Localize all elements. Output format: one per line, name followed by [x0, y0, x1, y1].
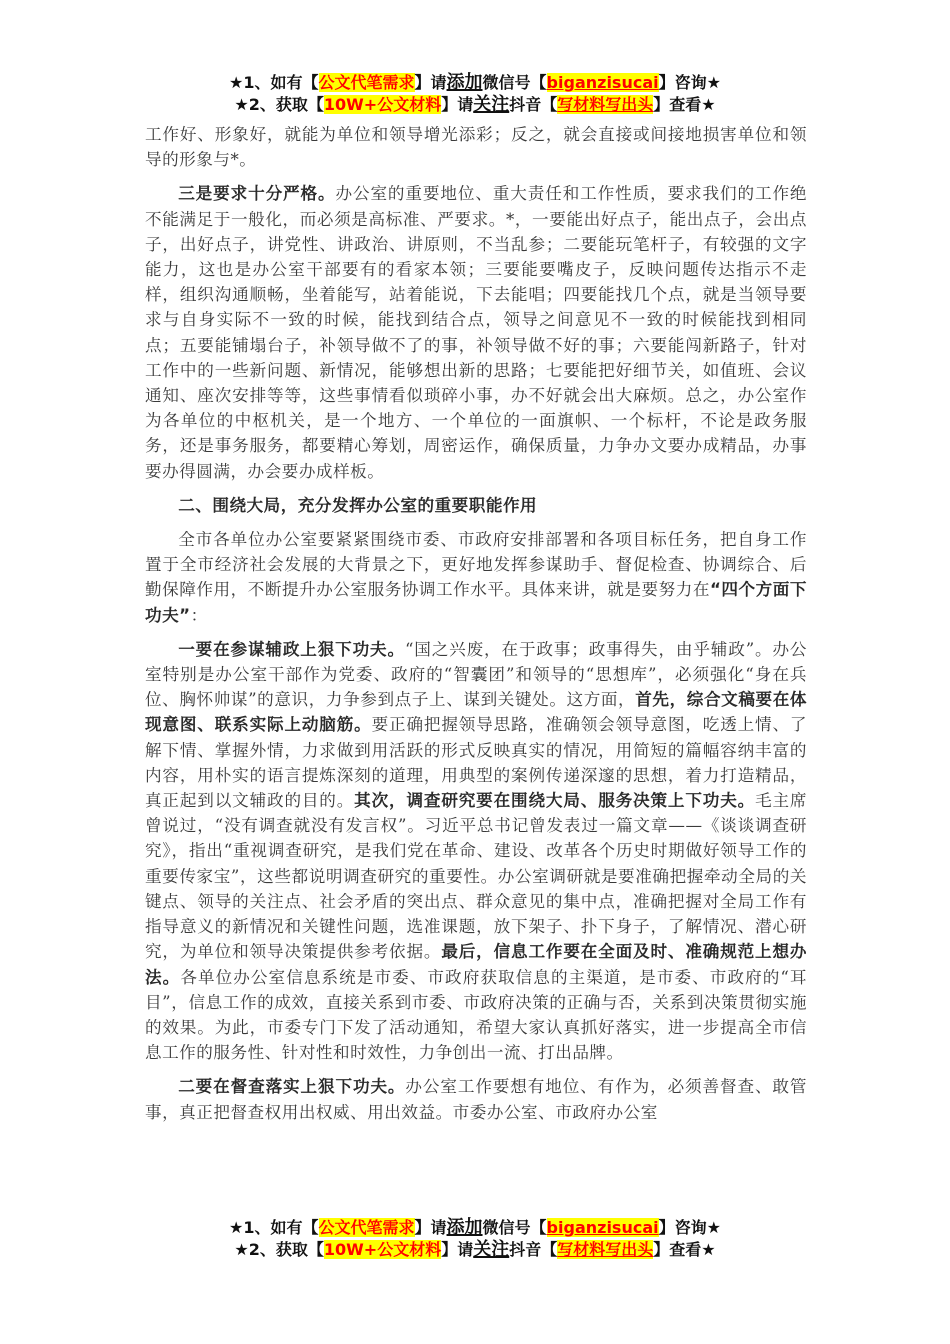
banner-text: ★2、获取【	[234, 1240, 323, 1259]
banner-text: ★1、如有【	[229, 73, 318, 92]
highlight-materials: 10W+公文材料	[324, 95, 441, 114]
paragraph-text: 毛主席曾说过，“没有调查就没有发言权”。习近平总书记曾发表过一篇文章——《谈谈调…	[145, 791, 807, 961]
banner-line-1: ★1、如有【公文代笔需求】请添加微信号【biganzisucai】咨询★	[0, 1217, 950, 1239]
bold-lead: 二要在督查落实上狠下功夫。	[178, 1077, 405, 1096]
paragraph-four-aspects: 全市各单位办公室要紧紧围绕市委、市政府安排部署和各项目标任务，把自身工作置于全市…	[145, 527, 807, 628]
banner-text: 】请	[441, 1240, 473, 1259]
banner-line-2: ★2、获取【10W+公文材料】请关注抖音【写材料写出头】查看★	[0, 1239, 950, 1261]
douyin-account-link[interactable]: 写材料写出头	[557, 95, 653, 114]
banner-text: 抖音【	[509, 95, 557, 114]
banner-text: 微信号【	[483, 73, 547, 92]
banner-text: 微信号【	[483, 1218, 547, 1237]
banner-text: 】查看★	[653, 95, 715, 114]
bold-lead: 一要在参谋辅政上狠下功夫。	[178, 640, 405, 659]
bold-lead: 三是要求十分严格。	[178, 184, 335, 203]
paragraph-strict-requirements: 三是要求十分严格。办公室的重要地位、重大责任和工作性质，要求我们的工作绝不能满足…	[145, 181, 807, 483]
paragraph-continued: 工作好、形象好，就能为单位和领导增光添彩；反之，就会直接或间接地损害单位和领导的…	[145, 122, 807, 172]
banner-text: 】请	[415, 73, 447, 92]
paragraph-supervision: 二要在督查落实上狠下功夫。办公室工作要想有地位、有作为，必须善督查、敢管事，真正…	[145, 1074, 807, 1124]
paragraph-text: 全市各单位办公室要紧紧围绕市委、市政府安排部署和各项目标任务，把自身工作置于全市…	[145, 530, 807, 599]
banner-text: 】咨询★	[659, 73, 721, 92]
banner-text: 】请	[441, 95, 473, 114]
underlined-follow: 关注	[473, 1239, 509, 1260]
highlight-materials: 10W+公文材料	[324, 1240, 441, 1259]
paragraph-text: 各单位办公室信息系统是市委、市政府获取信息的主渠道，是市委、市政府的“耳目”，信…	[145, 968, 807, 1063]
paragraph-text: 办公室的重要地位、重大责任和工作性质，要求我们的工作绝不能满足于一般化，而必须是…	[145, 184, 807, 480]
banner-text: ★1、如有【	[229, 1218, 318, 1237]
wechat-id-link[interactable]: biganzisucai	[547, 1218, 659, 1237]
underlined-follow: 关注	[473, 94, 509, 115]
document-body: 工作好、形象好，就能为单位和领导增光添彩；反之，就会直接或间接地损害单位和领导的…	[145, 122, 807, 1134]
highlight-service: 公文代笔需求	[319, 73, 415, 92]
section-heading-2: 二、围绕大局，充分发挥办公室的重要职能作用	[145, 493, 807, 518]
underlined-add: 添加	[447, 72, 483, 93]
bold-phrase: 其次，调查研究要在围绕大局、服务决策上下功夫。	[354, 791, 755, 810]
banner-text: ★2、获取【	[234, 95, 323, 114]
wechat-id-link[interactable]: biganzisucai	[547, 73, 659, 92]
douyin-account-link[interactable]: 写材料写出头	[557, 1240, 653, 1259]
banner-text: 】查看★	[653, 1240, 715, 1259]
highlight-service: 公文代笔需求	[319, 1218, 415, 1237]
top-promo-banner: ★1、如有【公文代笔需求】请添加微信号【biganzisucai】咨询★ ★2、…	[0, 72, 950, 116]
paragraph-text: ：	[191, 606, 208, 625]
banner-text: 】咨询★	[659, 1218, 721, 1237]
banner-text: 】请	[415, 1218, 447, 1237]
banner-line-1: ★1、如有【公文代笔需求】请添加微信号【biganzisucai】咨询★	[0, 72, 950, 94]
banner-text: 抖音【	[509, 1240, 557, 1259]
underlined-add: 添加	[447, 1217, 483, 1238]
bottom-promo-banner: ★1、如有【公文代笔需求】请添加微信号【biganzisucai】咨询★ ★2、…	[0, 1217, 950, 1261]
paragraph-advisory: 一要在参谋辅政上狠下功夫。“国之兴废，在于政事；政事得失，由乎辅政”。办公室特别…	[145, 637, 807, 1065]
banner-line-2: ★2、获取【10W+公文材料】请关注抖音【写材料写出头】查看★	[0, 94, 950, 116]
